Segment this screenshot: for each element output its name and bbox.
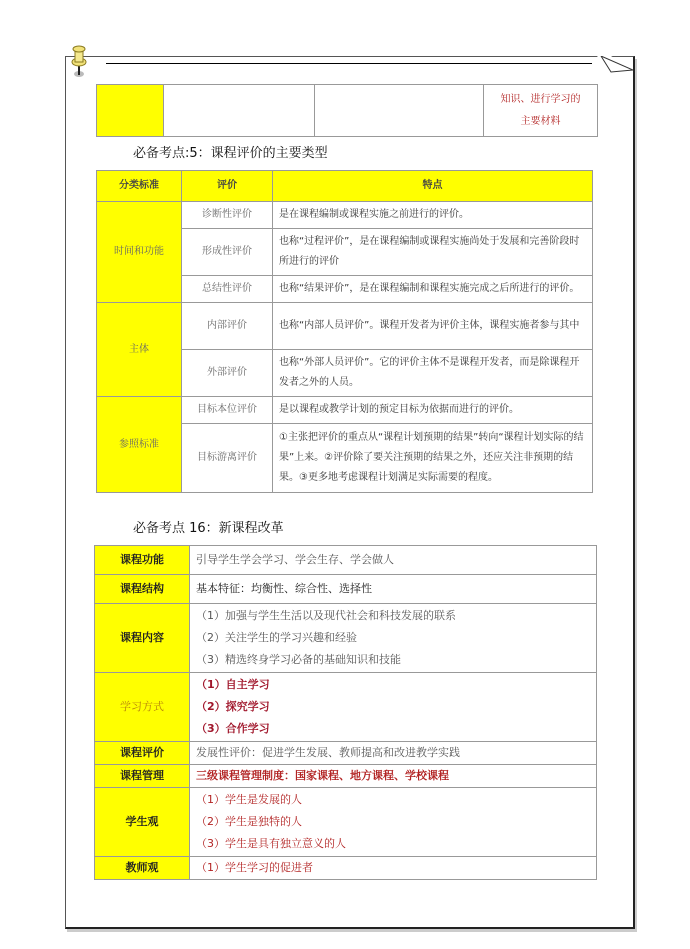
table-row: 课程内容 （1）加强与学生生活以及现代社会和科技发展的联系 （2）关注学生的学习…	[95, 604, 597, 673]
page-curl-icon	[597, 56, 633, 82]
table-row: 学习方式 （1）自主学习 （2）探究学习 （3）合作学习	[95, 673, 597, 742]
header-rule	[106, 63, 592, 64]
table-row: 参照标准 目标本位评价 是以课程或教学计划的预定目标为依据而进行的评价。	[97, 397, 593, 424]
pushpin-icon	[68, 44, 90, 80]
table-row: 教师观 （1）学生学习的促进者	[95, 857, 597, 880]
fragment-text-cell: 知识、进行学习的 主要材料	[484, 85, 598, 137]
empty-cell	[164, 85, 315, 137]
table-row: 课程管理 三级课程管理制度：国家课程、地方课程、学校课程	[95, 765, 597, 788]
highlight-cell	[97, 85, 164, 137]
table-row: 主体 内部评价 也称“内部人员评价”。课程开发者为评价主体，课程实施者参与其中	[97, 303, 593, 350]
table-header-row: 分类标准 评价 特点	[97, 171, 593, 202]
table-row: 课程评价 发展性评价：促进学生发展、教师提高和改进教学实践	[95, 742, 597, 765]
section-title-16: 必备考点 16：新课程改革	[133, 517, 284, 536]
section-title-5: 必备考点:5：课程评价的主要类型	[133, 142, 328, 161]
table-row: 课程结构 基本特征：均衡性、综合性、选择性	[95, 575, 597, 604]
table-row: 时间和功能 诊断性评价 是在课程编制或课程实施之前进行的评价。	[97, 202, 593, 229]
table-row: 学生观 （1）学生是发展的人 （2）学生是独特的人 （3）学生是具有独立意义的人	[95, 788, 597, 857]
top-fragment-table: 知识、进行学习的 主要材料	[96, 84, 598, 137]
evaluation-types-table: 分类标准 评价 特点 时间和功能 诊断性评价 是在课程编制或课程实施之前进行的评…	[96, 170, 593, 493]
empty-cell	[315, 85, 484, 137]
new-curriculum-table: 课程功能 引导学生学会学习、学会生存、学会做人 课程结构 基本特征：均衡性、综合…	[94, 545, 597, 880]
table-row: 课程功能 引导学生学会学习、学会生存、学会做人	[95, 546, 597, 575]
